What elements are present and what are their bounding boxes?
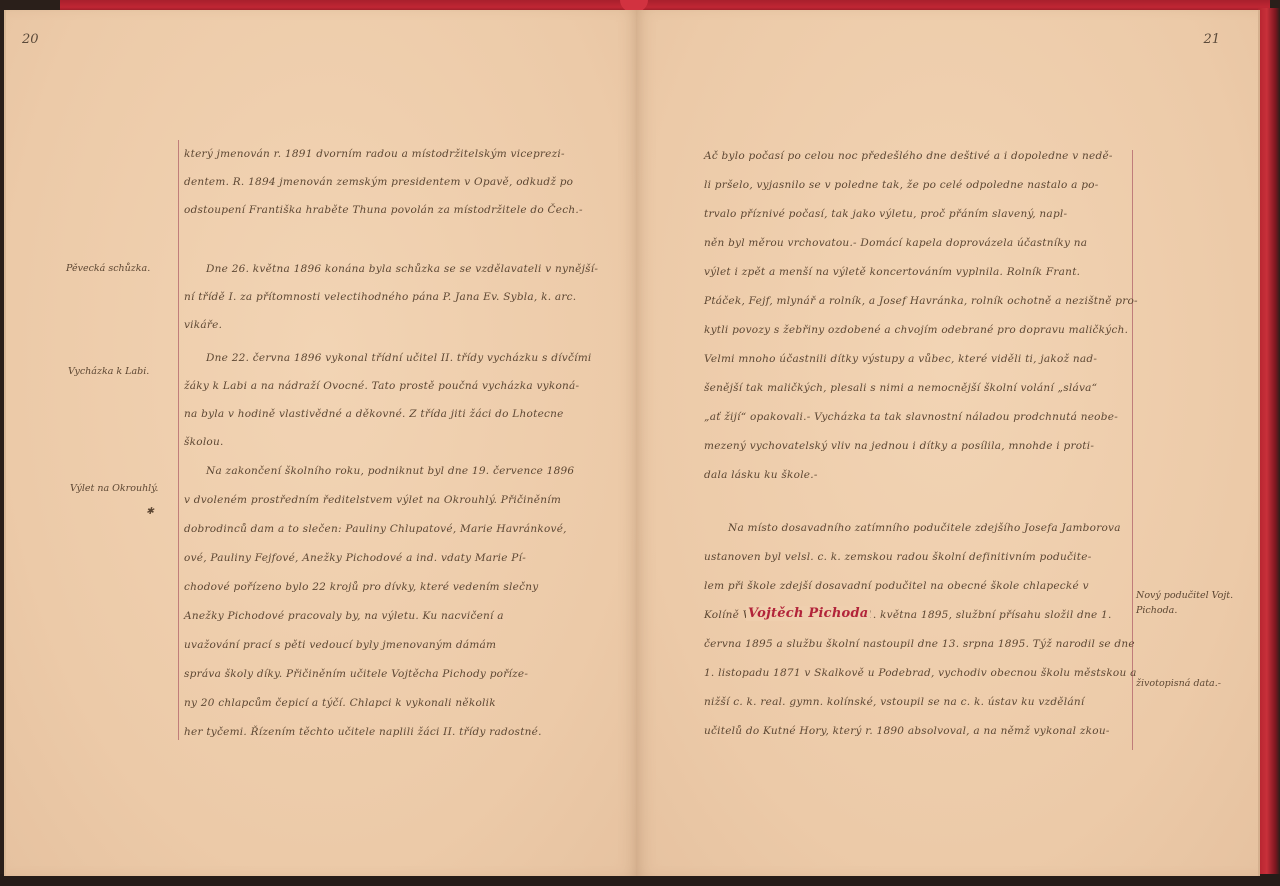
text-line: uvažování prací s pěti vedoucí byly jmen… [184,639,496,651]
text-line: mezený vychovatelský vliv na jednou i dí… [704,440,1094,452]
text-line: Na zakončení školního roku, podniknut by… [206,465,574,477]
text-line: učitelů do Kutné Hory, který r. 1890 abs… [704,725,1110,737]
text-line: června 1895 a službu školní nastoupil dn… [704,638,1135,650]
text-line: školou. [184,436,224,448]
margin-note: Pichoda. [1136,605,1177,616]
margin-note: Vycházka k Labi. [68,366,149,377]
text-line: ustanoven byl velsl. c. k. zemskou radou… [704,551,1092,563]
text-line: Dne 22. června 1896 vykonal třídní učite… [206,352,592,364]
text-line: Velmi mnoho účastnili dítky výstupy a vů… [704,353,1097,365]
text-line: správa školy díky. Přičiněním učitele Vo… [184,668,528,680]
text-line: kytli povozy s žebřiny ozdobené a chvojí… [704,324,1128,336]
text-line: dobrodinců dam a to slečen: Pauliny Chlu… [184,523,567,535]
text-line: trvalo příznivé počasí, tak jako výletu,… [704,208,1067,220]
text-line: Ptáček, Fejf, mlynář a rolník, a Josef H… [704,295,1138,307]
right-page: 21 Nový podučitel Vojt. Pichoda. životop… [636,10,1260,876]
text-line: „ať žijí“ opakovali.- Vycházka ta tak sl… [704,411,1118,423]
left-page: 20 Pěvecká schůzka. Vycházka k Labi. Výl… [4,10,638,876]
text-line: výlet i zpět a menší na výletě koncertov… [704,266,1080,278]
text-line: něn byl měrou vrchovatou.- Domácí kapela… [704,237,1087,249]
text-line: nižší c. k. real. gymn. kolínské, vstoup… [704,696,1085,708]
margin-note: Nový podučitel Vojt. [1136,590,1233,601]
text-line: her tyčemi. Řízením těchto učitele napli… [184,726,542,738]
text-line: chodové pořízeno bylo 22 krojů pro dívky… [184,581,538,593]
margin-rule-left [178,140,179,740]
text-line: ové, Pauliny Fejfové, Anežky Pichodové a… [184,552,526,564]
highlighted-name: Vojtěch Pichoda [746,606,870,621]
page-number-left: 20 [22,32,39,47]
text-line: dala lásku ku škole.- [704,469,818,481]
asterisk-mark: ✱ [146,506,154,517]
text-line: Ač bylo počasí po celou noc předešlého d… [704,150,1113,162]
text-line: vikáře. [184,319,222,331]
book-binding-right [1258,8,1280,878]
text-line: šenější tak maličkých, plesali s nimi a … [704,382,1097,394]
margin-note: Výlet na Okrouhlý. [70,483,158,494]
text-line: Anežky Pichodové pracovaly by, na výletu… [184,610,504,622]
text-line: ní třídě I. za přítomnosti velectihodnéh… [184,291,576,303]
text-line: li pršelo, vyjasnilo se v poledne tak, ž… [704,179,1099,191]
text-line: odstoupení Františka hraběte Thuna povol… [184,204,583,216]
margin-rule-right [1132,150,1133,750]
text-line: Na místo dosavadního zatímního podučitel… [728,522,1121,534]
text-line: v dvoleném prostředním ředitelstvem výle… [184,494,561,506]
text-line: lem při škole zdejší dosavadní podučitel… [704,580,1089,592]
page-number-right: 21 [1203,32,1220,47]
text-line: který jmenován r. 1891 dvorním radou a m… [184,148,565,160]
text-line: žáky k Labi a na nádraží Ovocné. Tato pr… [184,380,579,392]
text-line: 1. listopadu 1871 v Skalkově u Podebrad,… [704,667,1137,679]
margin-note: Pěvecká schůzka. [66,263,150,274]
text-line: dentem. R. 1894 jmenován zemským preside… [184,176,573,188]
text-line: Dne 26. května 1896 konána byla schůzka … [206,263,598,275]
text-line: ny 20 chlapcům čepicí a týčí. Chlapci k … [184,697,496,709]
margin-note: životopisná data.- [1136,678,1221,689]
text-line: na byla v hodině vlastivědné a děkovné. … [184,408,564,420]
